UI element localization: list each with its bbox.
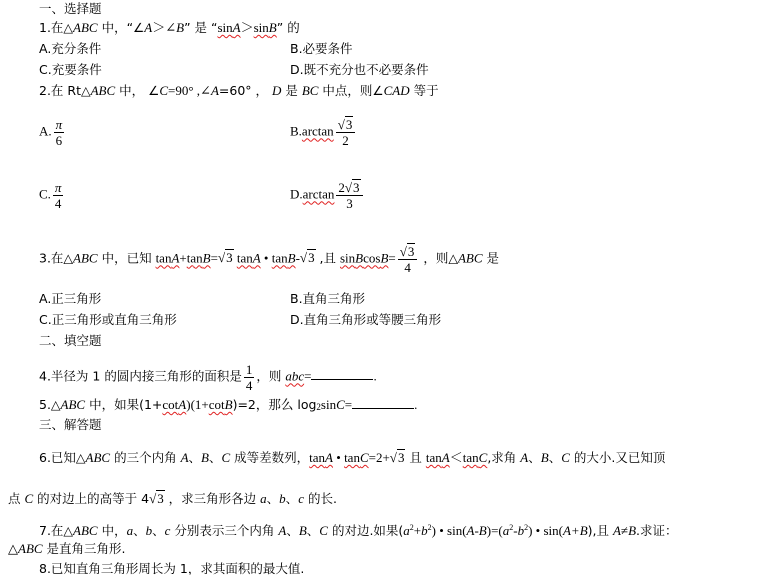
section-heading-choice: 一、选择题 (39, 1, 102, 17)
question-1-stem: 1.在△ABC 中，“∠A＞∠B” 是 “sinA＞sinB” 的 (39, 20, 300, 36)
sqrt-icon: √3 (338, 117, 354, 132)
q2-text: 中， ∠ (115, 83, 159, 98)
q1-text: ＞ (241, 20, 254, 35)
q1-text: ” 的 (277, 20, 300, 35)
q1-option-c: C.充要条件 (39, 62, 102, 78)
q1-option-d: D.既不充分也不必要条件 (290, 62, 429, 78)
arctan-fn: arctan (302, 123, 334, 138)
q1-text: 1.在△ (39, 20, 73, 35)
fraction: √34 (398, 244, 418, 275)
sqrt-icon: √3 (390, 450, 406, 466)
q2-option-a: A.π6 (39, 117, 66, 148)
q2-text: 2.在 Rt△ (39, 83, 91, 98)
answer-blank[interactable] (352, 397, 414, 409)
q3-option-b: B.直角三角形 (290, 291, 365, 307)
q2-option-d: D.arctan2√33 (290, 180, 365, 211)
q3-option-c: C.正三角形或直角三角形 (39, 312, 177, 328)
sqrt-icon: √3 (300, 250, 316, 266)
q1-sina: sinA (217, 20, 240, 35)
q2-option-b: B.arctan√32 (290, 117, 357, 148)
question-6-line-1: 6.已知△ABC 的三个内角 A、B、C 成等差数列，tanA • tanC=2… (39, 450, 665, 466)
q3-option-a: A.正三角形 (39, 291, 101, 307)
fraction: π4 (53, 180, 64, 211)
q2-text: =60° ， (219, 83, 272, 98)
sqrt-icon: √3 (218, 250, 234, 266)
q2-text: 是 (281, 83, 301, 98)
question-6-line-2: 点 C 的对边上的高等于 4√3 ，求三角形各边 a、b、c 的长. (8, 491, 337, 507)
fraction: π6 (54, 117, 65, 148)
q2-var: C (159, 83, 168, 98)
q1-text: ＞∠ (152, 20, 176, 35)
sqrt-icon: √3 (345, 180, 361, 195)
question-7-line-2: △ABC 是直角三角形. (8, 541, 126, 557)
question-3-stem: 3.在△ABC 中，已知 tanA+tanB=√3 tanA • tanB-√3… (39, 244, 499, 275)
answer-blank[interactable] (311, 368, 373, 380)
question-2-stem: 2.在 Rt△ABC 中， ∠C=90° ,∠A=60° ， D 是 BC 中点… (39, 83, 439, 99)
arctan-fn: arctan (303, 186, 335, 201)
q1-sinb: sinB (254, 20, 277, 35)
fraction: 2√33 (336, 180, 362, 211)
fraction: √32 (336, 117, 356, 148)
q2-text: 中点，则∠ (318, 83, 383, 98)
q2-var: ABC (91, 83, 116, 98)
q2-var: BC (302, 83, 319, 98)
section-heading-fill: 二、填空题 (39, 333, 102, 349)
q1-var: B (176, 20, 184, 35)
q2-var: CAD (384, 83, 410, 98)
question-5-stem: 5.△ABC 中，如果(1+cotA)(1+cotB)=2，那么 log2sin… (39, 397, 417, 415)
q1-text: 中，“∠ (98, 20, 145, 35)
q2-var: A (211, 83, 219, 98)
q2-option-c: C.π4 (39, 180, 65, 211)
q1-var: ABC (73, 20, 98, 35)
q1-option-b: B.必要条件 (290, 41, 353, 57)
question-7-line-1: 7.在△ABC 中，a、b、c 分别表示三个内角 A、B、C 的对边.如果(a2… (39, 520, 678, 539)
q2-text: 等于 (410, 83, 439, 98)
q1-text: ” 是 “ (184, 20, 217, 35)
question-8: 8.已知直角三角形周长为 1，求其面积的最大值. (39, 561, 304, 575)
q2-text: =90° ,∠ (168, 83, 211, 98)
section-heading-answer: 三、解答题 (39, 417, 102, 433)
sqrt-icon: √3 (149, 491, 165, 507)
q1-option-a: A.充分条件 (39, 41, 101, 57)
fraction: 14 (244, 362, 255, 393)
question-4-stem: 4.半径为 1 的圆内接三角形的面积是14，则 abc=. (39, 362, 377, 393)
q2-var: D (272, 83, 281, 98)
q3-option-d: D.直角三角形或等腰三角形 (290, 312, 441, 328)
